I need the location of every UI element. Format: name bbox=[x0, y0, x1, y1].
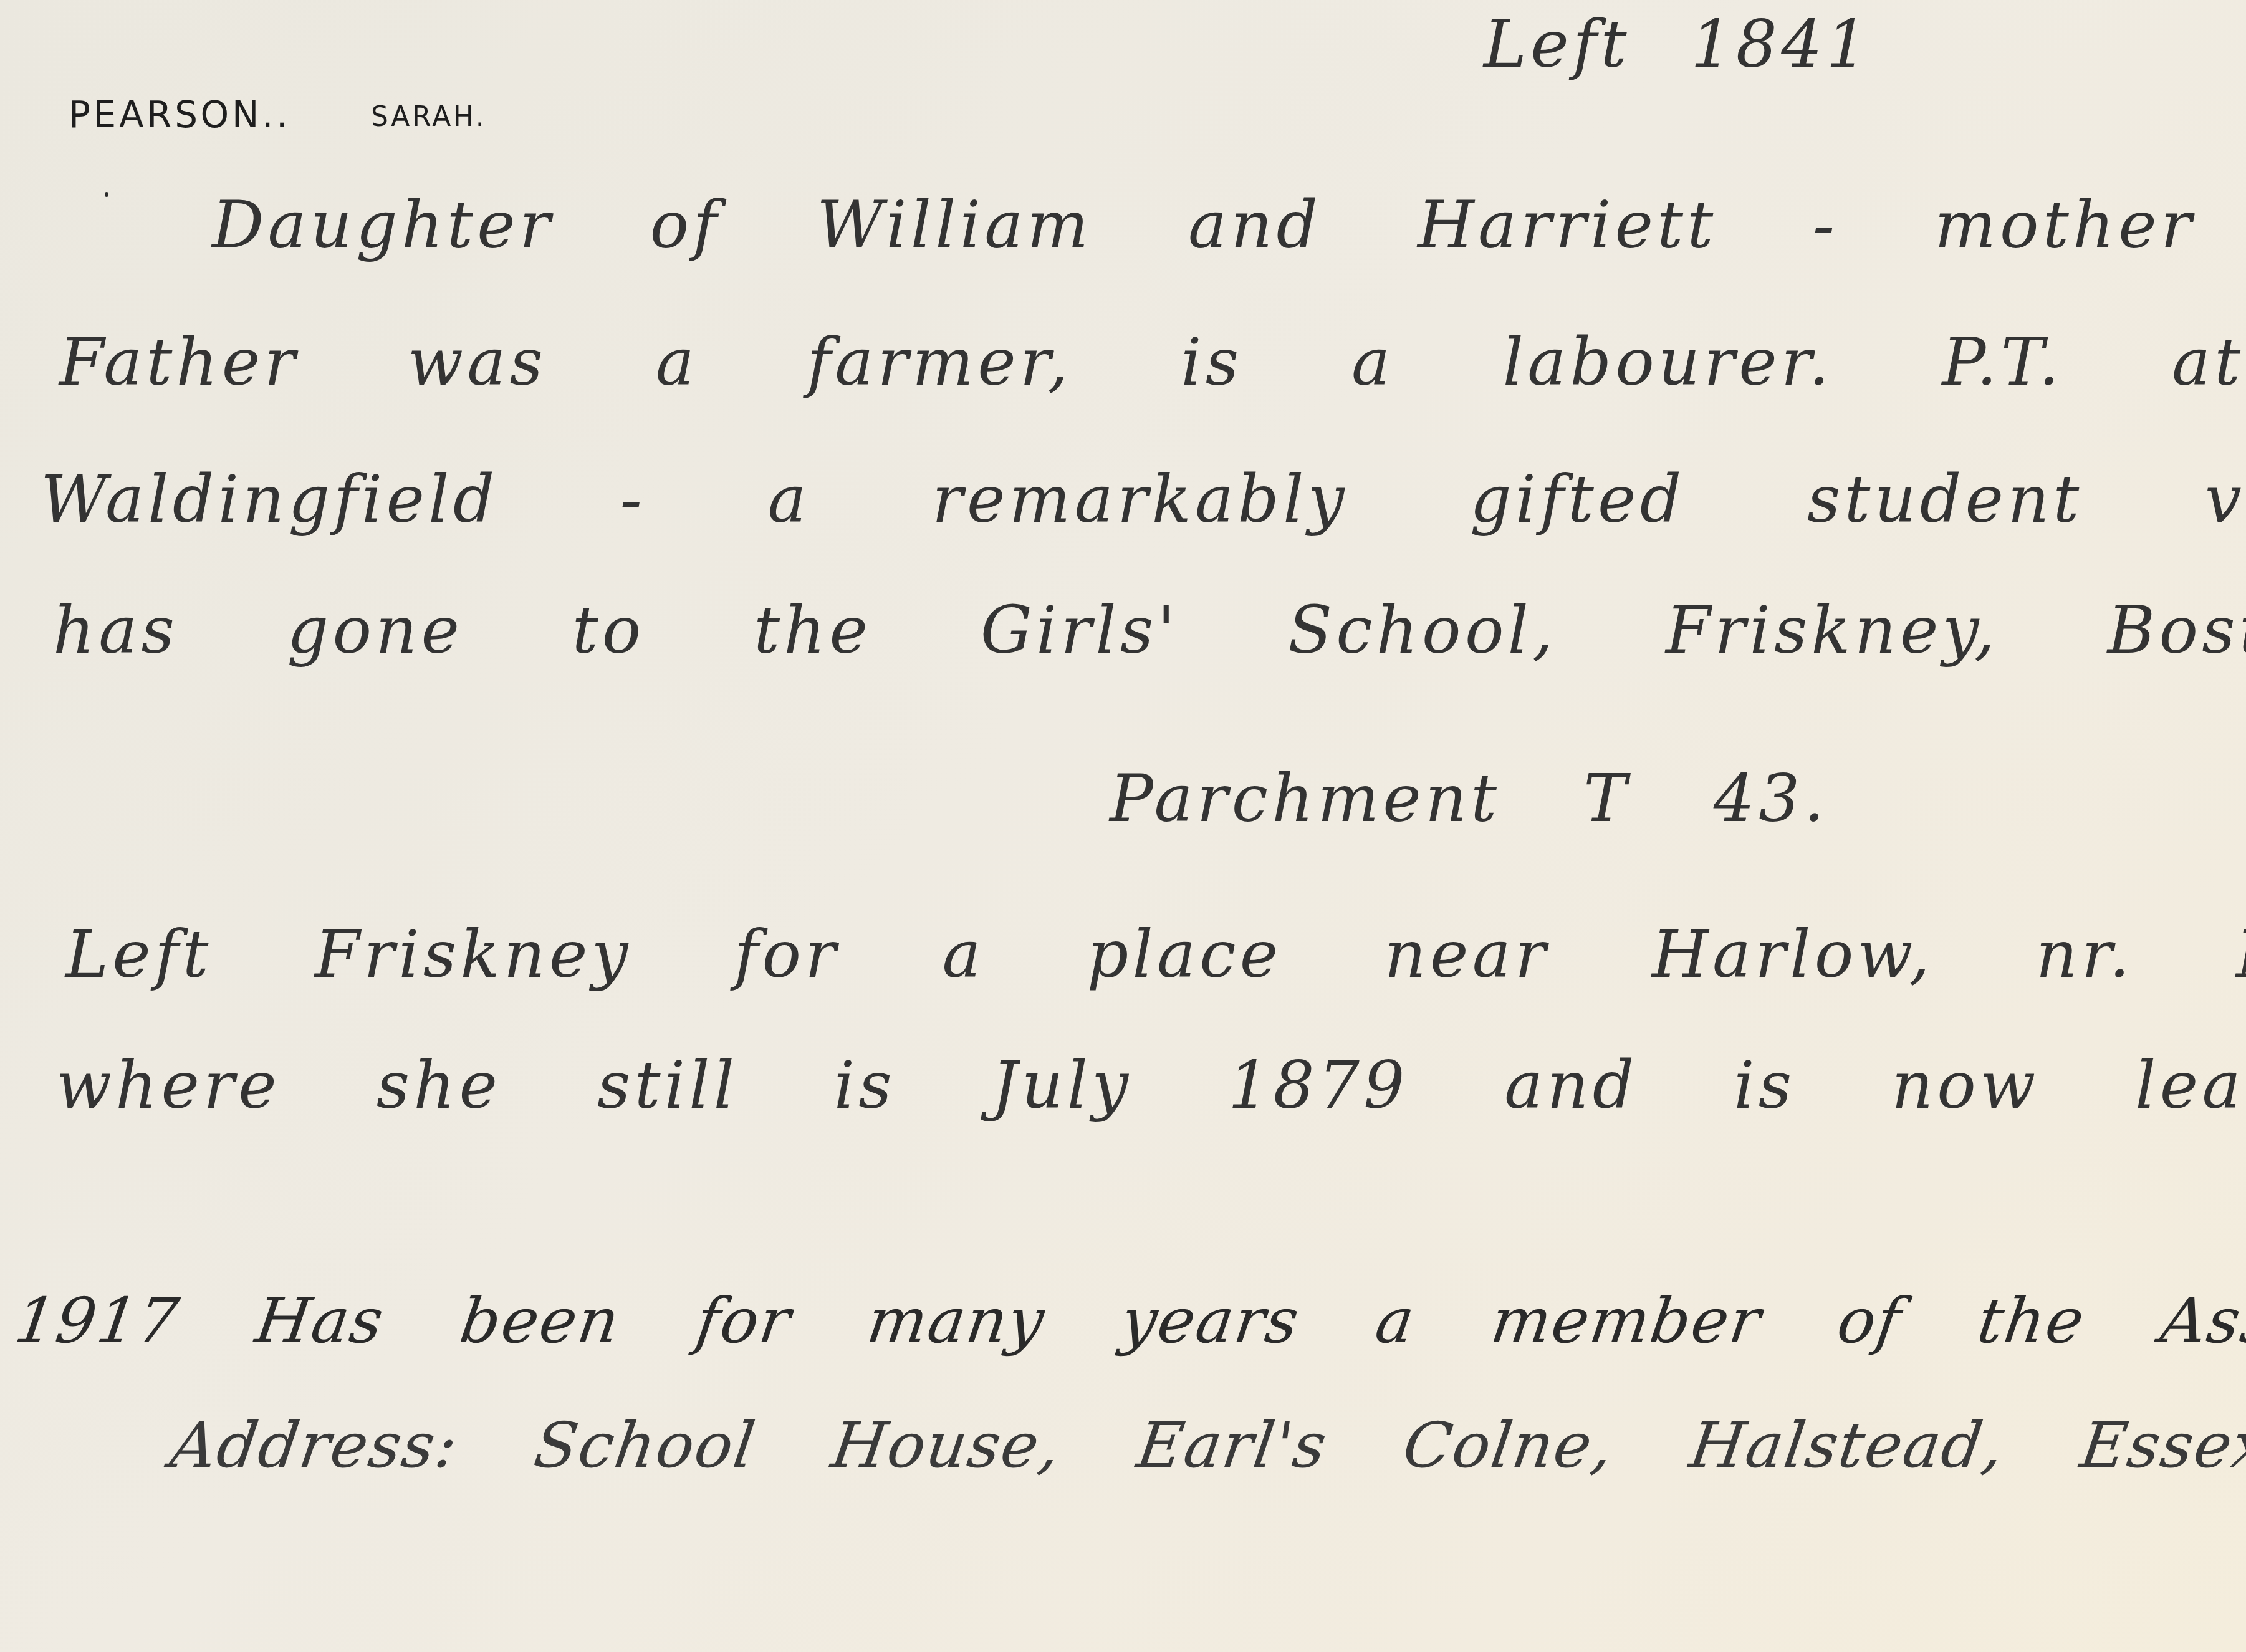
register-page: PEARSON.. SARAH. Left 1841 Daughter of W… bbox=[0, 0, 2246, 1652]
body-line-4: has gone to the Girls' School, Friskney,… bbox=[53, 592, 2246, 668]
ink-speck bbox=[105, 192, 108, 197]
surname-heading: PEARSON.. bbox=[69, 94, 290, 136]
addendum-line-1: 1917 Has been for many years a member of… bbox=[11, 1284, 2246, 1357]
addendum-address: Address: School House, Earl's Colne, Hal… bbox=[166, 1409, 2246, 1482]
later-line-2: where she still is July 1879 and is now … bbox=[56, 1047, 2246, 1123]
later-line-1: Left Friskney for a place near Harlow, n… bbox=[65, 916, 2246, 992]
body-line-2: Father was a farmer, is a labourer. P.T.… bbox=[59, 324, 2246, 400]
body-line-1: Daughter of William and Harriett - mothe… bbox=[212, 187, 2246, 263]
left-date-note: Left 1841 bbox=[1484, 6, 1871, 82]
body-line-3: Waldingfield - a remarkably gifted stude… bbox=[41, 461, 2246, 537]
parchment-note: Parchment T 43. bbox=[1110, 761, 1828, 837]
forename-heading: SARAH. bbox=[371, 101, 486, 133]
